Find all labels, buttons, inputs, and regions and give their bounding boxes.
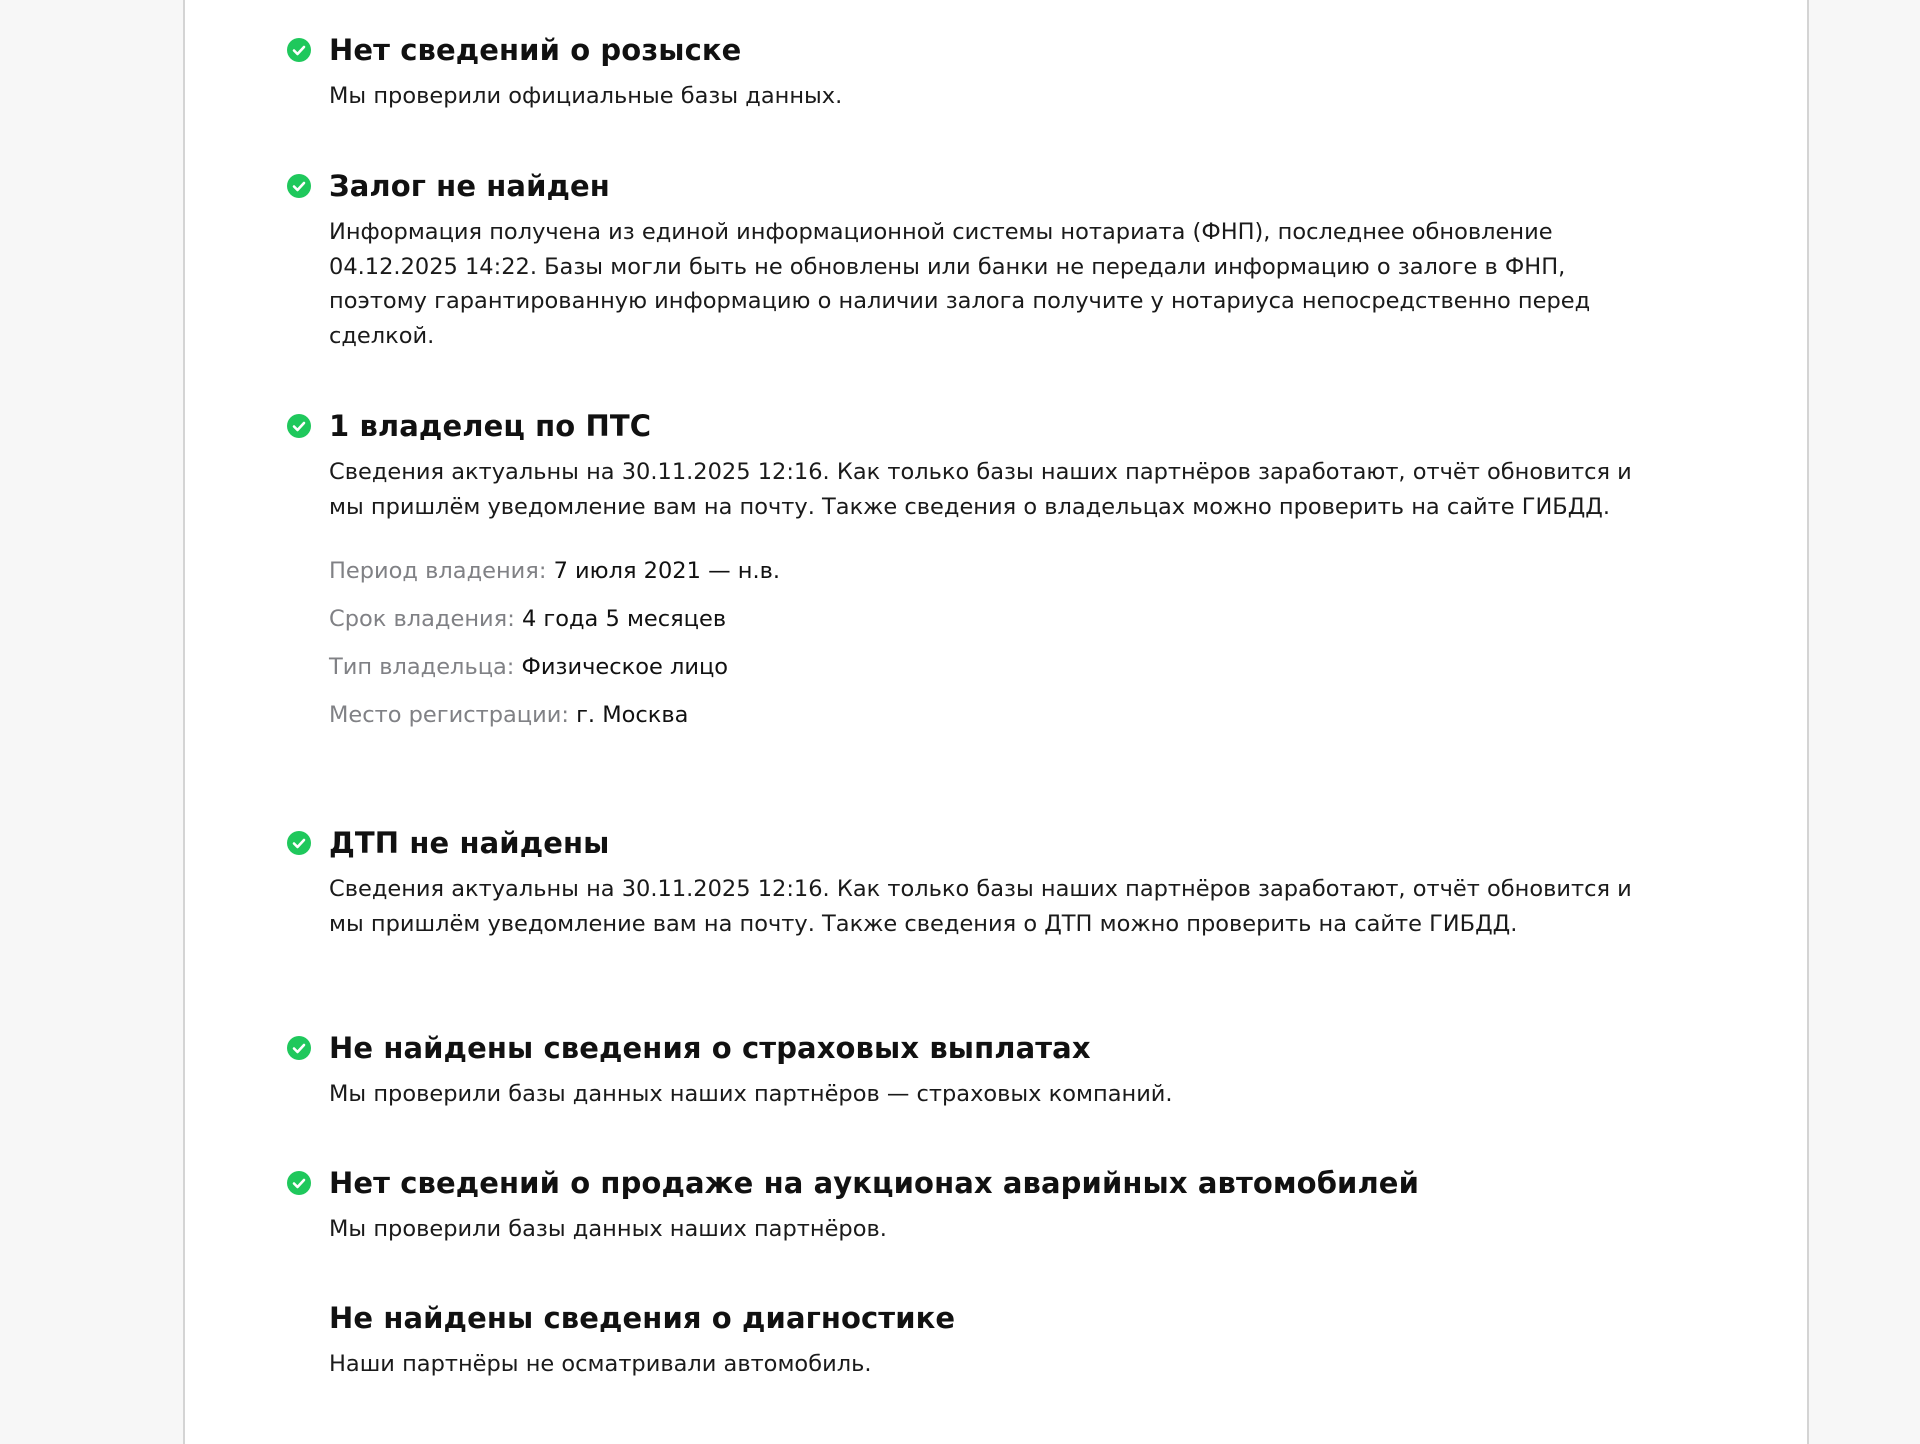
detail-label: Место регистрации: (329, 702, 569, 728)
section-title: Не найдены сведения о страховых выплатах (329, 1028, 1649, 1068)
check-section-wanted: Нет сведений о розыске Мы проверили офиц… (329, 30, 1649, 114)
owner-details: Период владения: 7 июля 2021 — н.в. Срок… (329, 554, 1649, 746)
detail-value: Физическое лицо (522, 654, 729, 680)
check-circle-icon (287, 831, 311, 855)
section-title: Залог не найден (329, 166, 1649, 206)
detail-ownership-duration: Срок владения: 4 года 5 месяцев (329, 602, 1649, 650)
detail-label: Срок владения: (329, 606, 515, 632)
section-title: Нет сведений о продаже на аукционах авар… (329, 1163, 1649, 1203)
detail-ownership-period: Период владения: 7 июля 2021 — н.в. (329, 554, 1649, 602)
detail-value: г. Москва (576, 702, 688, 728)
check-section-diagnostics: Не найдены сведения о диагностике Наши п… (329, 1298, 1649, 1382)
detail-label: Период владения: (329, 558, 546, 584)
detail-owner-type: Тип владельца: Физическое лицо (329, 650, 1649, 698)
section-description: Мы проверили официальные базы данных. (329, 79, 1649, 114)
check-circle-icon (287, 38, 311, 62)
check-section-insurance: Не найдены сведения о страховых выплатах… (329, 1028, 1649, 1112)
report-card: Нет сведений о розыске Мы проверили офиц… (183, 0, 1809, 1440)
check-section-auctions: Нет сведений о продаже на аукционах авар… (329, 1163, 1649, 1247)
section-description: Мы проверили базы данных наших партнёров… (329, 1212, 1649, 1247)
check-section-pledge: Залог не найден Информация получена из е… (329, 166, 1649, 353)
section-title: Нет сведений о розыске (329, 30, 1649, 70)
section-description: Наши партнёры не осматривали автомобиль. (329, 1347, 1649, 1382)
detail-registration-place: Место регистрации: г. Москва (329, 698, 1649, 746)
section-title: 1 владелец по ПТС (329, 406, 1649, 446)
check-circle-icon (287, 414, 311, 438)
check-circle-icon (287, 1036, 311, 1060)
section-description: Мы проверили базы данных наших партнёров… (329, 1077, 1649, 1112)
detail-value: 7 июля 2021 — н.в. (554, 558, 780, 584)
section-title: Не найдены сведения о диагностике (329, 1298, 1649, 1338)
check-section-owners: 1 владелец по ПТС Сведения актуальны на … (329, 406, 1649, 746)
detail-value: 4 года 5 месяцев (522, 606, 726, 632)
check-circle-icon (287, 1171, 311, 1195)
section-description: Сведения актуальны на 30.11.2025 12:16. … (329, 872, 1649, 941)
section-description: Сведения актуальны на 30.11.2025 12:16. … (329, 455, 1649, 524)
check-circle-icon (287, 174, 311, 198)
detail-label: Тип владельца: (329, 654, 514, 680)
section-title: ДТП не найдены (329, 823, 1649, 863)
section-description: Информация получена из единой информацио… (329, 215, 1649, 353)
check-section-accidents: ДТП не найдены Сведения актуальны на 30.… (329, 823, 1649, 941)
